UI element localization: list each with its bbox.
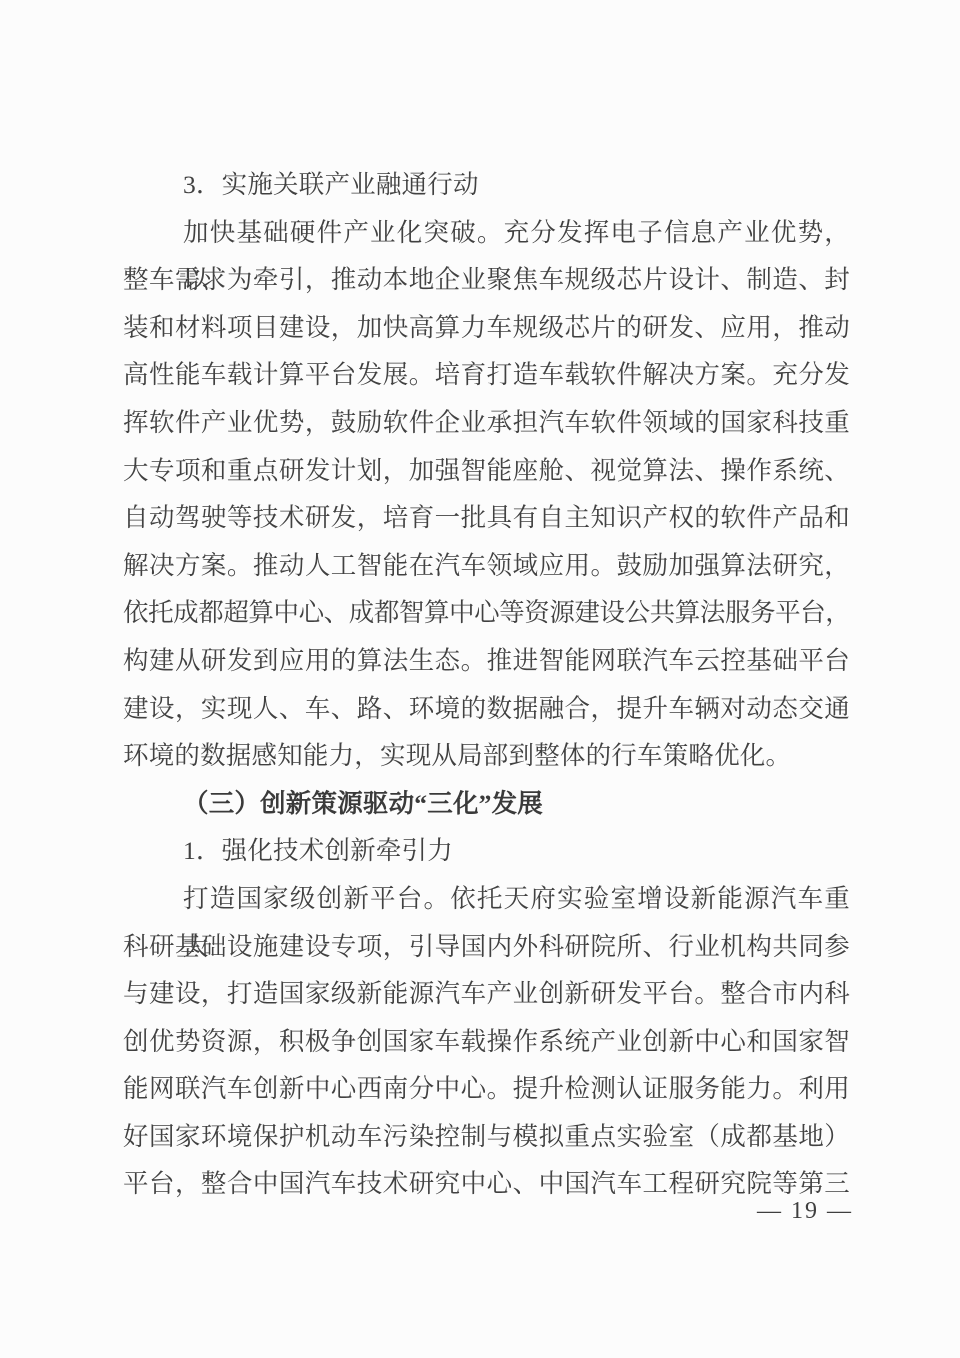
paragraph-line: 自动驾驶等技术研发，培育一批具有自主知识产权的软件产品和 <box>123 494 850 542</box>
paragraph-line: 大专项和重点研发计划，加强智能座舱、视觉算法、操作系统、 <box>123 447 850 495</box>
page-number: — 19 — <box>700 1196 910 1226</box>
paragraph-line: 高性能车载计算平台发展。培育打造车载软件解决方案。充分发 <box>123 351 850 399</box>
paragraph-line: 建设，实现人、车、路、环境的数据融合，提升车辆对动态交通 <box>123 685 850 733</box>
document-body: 3．实施关联产业融通行动 加快基础硬件产业化突破。充分发挥电子信息产业优势，以 … <box>123 161 850 1208</box>
paragraph-line: 能网联汽车创新中心西南分中心。提升检测认证服务能力。利用 <box>123 1065 850 1113</box>
numbered-heading-1: 1．强化技术创新牵引力 <box>123 827 850 875</box>
paragraph-line: 依托成都超算中心、成都智算中心等资源建设公共算法服务平台， <box>123 589 850 637</box>
paragraph-line: 与建设，打造国家级新能源汽车产业创新研发平台。整合市内科 <box>123 970 850 1018</box>
paragraph-line: 构建从研发到应用的算法生态。推进智能网联汽车云控基础平台 <box>123 637 850 685</box>
paragraph-line: 解决方案。推动人工智能在汽车领域应用。鼓励加强算法研究， <box>123 542 850 590</box>
paragraph-line: 科研基础设施建设专项，引导国内外科研院所、行业机构共同参 <box>123 923 850 971</box>
scanned-document-page: 3．实施关联产业融通行动 加快基础硬件产业化突破。充分发挥电子信息产业优势，以 … <box>0 0 960 1358</box>
paragraph-line: 创优势资源，积极争创国家车载操作系统产业创新中心和国家智 <box>123 1018 850 1066</box>
paragraph-line: 挥软件产业优势，鼓励软件企业承担汽车软件领域的国家科技重 <box>123 399 850 447</box>
paragraph-line: 整车需求为牵引，推动本地企业聚焦车规级芯片设计、制造、封 <box>123 256 850 304</box>
paragraph-line: 好国家环境保护机动车污染控制与模拟重点实验室（成都基地） <box>123 1113 850 1161</box>
paragraph-line: 打造国家级创新平台。依托天府实验室增设新能源汽车重大 <box>123 875 850 923</box>
section-heading-3: （三）创新策源驱动“三化”发展 <box>123 780 850 828</box>
paragraph-line: 环境的数据感知能力，实现从局部到整体的行车策略优化。 <box>123 732 850 780</box>
numbered-heading-3: 3．实施关联产业融通行动 <box>123 161 850 209</box>
paragraph-line: 装和材料项目建设，加快高算力车规级芯片的研发、应用，推动 <box>123 304 850 352</box>
paragraph-line: 加快基础硬件产业化突破。充分发挥电子信息产业优势，以 <box>123 209 850 257</box>
